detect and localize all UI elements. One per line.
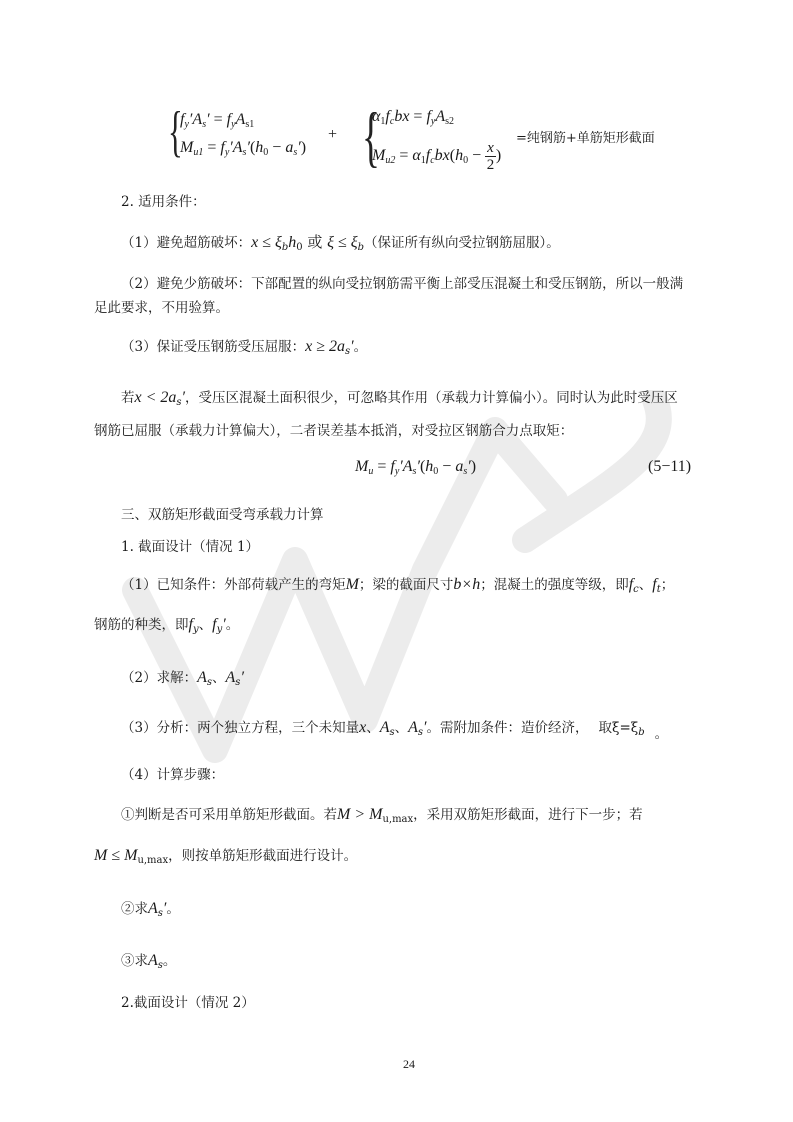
equation-row: Mu2 = α1fcbx(h0 − x2): [372, 140, 501, 173]
equation-row: Mu1 = fy′As′(h0 − as′): [180, 139, 306, 158]
section-heading: 2. 适用条件：: [121, 190, 206, 210]
equation-number: (5−11): [648, 458, 691, 476]
subsection-heading: 2.截面设计（情况 2）: [121, 991, 255, 1011]
paragraph-item1: （1）避免超筋破坏：x ≤ ξbh0 或 ξ ≤ ξb（保证所有纵向受拉钢筋屈服…: [121, 231, 560, 253]
step1-line1: ①判断是否可采用单筋矩形截面。若M > Mu,max，采用双筋矩形截面，进行下一…: [121, 803, 643, 825]
steps-heading: （4）计算步骤：: [121, 763, 224, 783]
paragraph-known-line2: 钢筋的种类，即fy、fy′。: [94, 613, 239, 635]
page-number: 24: [403, 1057, 415, 1072]
section-heading: 三、双筋矩形截面受弯承载力计算: [121, 503, 324, 523]
paragraph-small-x-line1: 若x < 2as′，受压区混凝土面积很少，可忽略其作用（承载力计算偏小）。同时认…: [121, 386, 678, 408]
fraction: x2: [485, 140, 496, 173]
paragraph-item2-line2: 足此要求，不用验算。: [94, 296, 229, 316]
paragraph-item3: （3）保证受压钢筋受压屈服：x ≥ 2as′。: [121, 335, 367, 357]
equation-5-11: Mu = fy′As′(h0 − as′): [355, 458, 476, 477]
equation-row: α1fcbx = fyAs2: [372, 108, 454, 127]
step2: ②求As′。: [121, 897, 180, 919]
step1-line2: M ≤ Mu,max，则按单筋矩形截面进行设计。: [94, 844, 357, 866]
step3: ③求As。: [121, 949, 176, 971]
paragraph-known-line1: （1）已知条件：外部荷载产生的弯矩M；梁的截面尺寸b×h；混凝土的强度等级，即f…: [121, 573, 674, 595]
equation-row: fy′As′ = fyAs1: [180, 111, 254, 130]
paragraph-small-x-line2: 钢筋已屈服（承载力计算偏大），二者误差基本抵消，对受拉区钢筋合力点取矩：: [94, 419, 573, 439]
subsection-heading: 1. 截面设计（情况 1）: [121, 535, 259, 555]
paragraph-item2-line1: （2）避免少筋破坏：下部配置的纵向受拉钢筋需平衡上部受压混凝土和受压钢筋，所以一…: [121, 272, 683, 292]
paragraph-analysis: （3）分析：两个独立方程，三个未知量x、As、As′。需附加条件：造价经济，取ξ…: [121, 716, 668, 738]
plus-sign: +: [328, 126, 337, 144]
paragraph-solve: （2）求解：As、As′: [121, 666, 244, 688]
equation-annotation: =纯钢筋+单筋矩形截面: [516, 127, 655, 146]
